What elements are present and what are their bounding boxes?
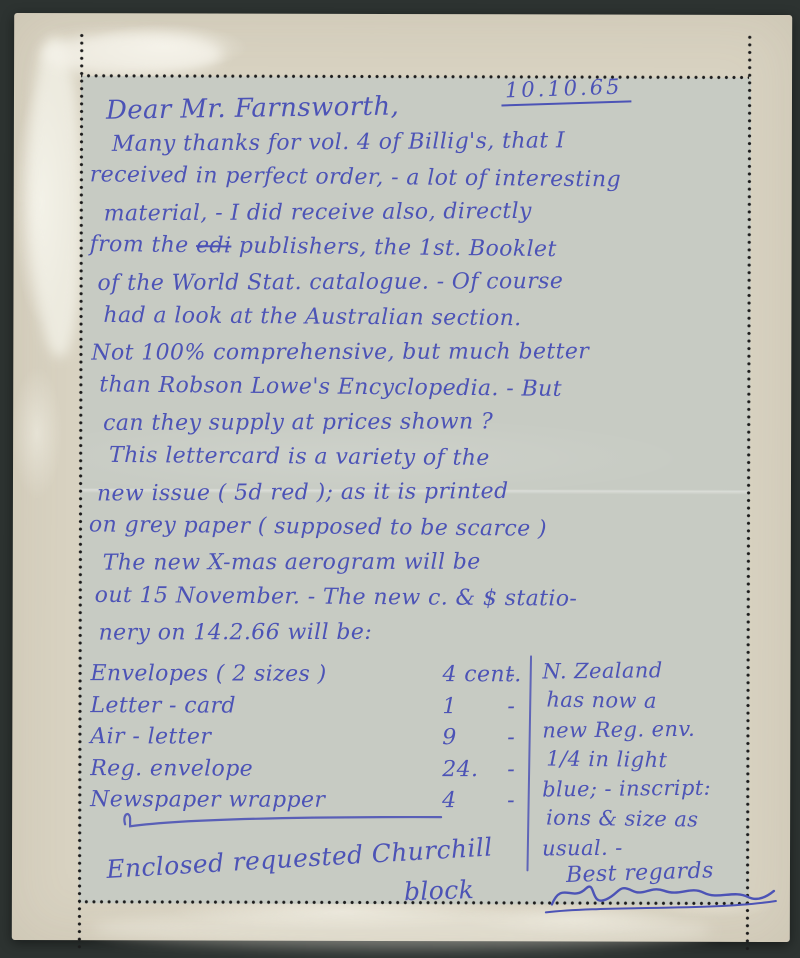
body-line-text: on grey paper ( supposed to be scarce ) <box>89 512 547 541</box>
body-line-text: nery on 14.2.66 will be: <box>99 620 373 646</box>
side-note-line: N. Zealand <box>542 658 711 689</box>
body-line-text: Not 100% comprehensive, but much better <box>91 339 589 365</box>
rate-item: Letter - card <box>90 693 236 718</box>
perforation-right <box>743 33 753 953</box>
signature-squiggle <box>542 874 780 919</box>
rate-amount: 9 <box>442 725 456 750</box>
rate-dash: - <box>507 725 515 750</box>
body-line-text: had a look at the Australian section. <box>103 303 521 331</box>
body-line: material, - I did receive also, directly <box>104 198 621 236</box>
body-line: nery on 14.2.66 will be: <box>99 619 620 655</box>
postal-rates-table: Envelopes ( 2 sizes )4 cent.- Letter - c… <box>90 661 530 820</box>
body-line: This lettercard is a variety of the <box>109 443 620 482</box>
body-line: than Robson Lowe's Encyclopedia. - But <box>99 372 620 412</box>
greeting-line: Dear Mr. Farnsworth, <box>106 91 400 125</box>
side-note-line: new Reg. env. <box>542 717 711 748</box>
body-line-text: of the World Stat. catalogue. - Of cours… <box>97 269 563 296</box>
closing-line: block <box>403 875 474 906</box>
rate-item: Reg. envelope <box>90 756 253 781</box>
rate-dash: - <box>507 694 515 719</box>
body-line-text: out 15 November. - The new c. & $ statio… <box>95 583 578 612</box>
body-line: The new X-mas aerogram will be <box>103 549 620 585</box>
side-note-line: has now a <box>546 687 711 719</box>
body-line: can they supply at prices shown ? <box>103 409 620 446</box>
body-line-text: from the <box>90 232 197 258</box>
body-line-text: than Robson Lowe's Encyclopedia. - But <box>99 372 562 401</box>
body-line: out 15 November. - The new c. & $ statio… <box>95 583 620 622</box>
struck-word: edi <box>196 233 232 258</box>
side-note-line: 1/4 in light <box>546 746 711 778</box>
body-line-text: received in perfect order, - a lot of in… <box>90 162 621 192</box>
body-line-text: Many thanks for vol. 4 of Billig's, that… <box>112 128 565 157</box>
body-line-text: new issue ( 5d red ); as it is printed <box>97 479 509 507</box>
rate-row: Envelopes ( 2 sizes )4 cent.- <box>90 661 530 694</box>
ink-flourish-line <box>117 805 447 832</box>
body-line: new issue ( 5d red ); as it is printed <box>97 478 620 516</box>
body-line: Many thanks for vol. 4 of Billig's, that… <box>112 128 621 167</box>
body-line-with-strikethrough: from the edi publishers, the 1st. Bookle… <box>89 232 621 273</box>
body-line-text: This lettercard is a variety of the <box>109 443 490 471</box>
side-note: N. Zealand has now a new Reg. env. 1/4 i… <box>542 658 711 865</box>
torn-flap-patch-left <box>29 37 82 357</box>
rate-item: Envelopes ( 2 sizes ) <box>90 661 326 687</box>
body-line-text: publishers, the 1st. Booklet <box>231 233 557 262</box>
rate-row: Reg. envelope24.- <box>90 756 530 789</box>
letter-date: 10.10.65 <box>501 74 631 106</box>
rate-amount: 24. <box>442 757 478 782</box>
side-note-line: ions & size as <box>546 805 711 837</box>
body-line-text: can they supply at prices shown ? <box>103 409 493 436</box>
body-line: Not 100% comprehensive, but much better <box>91 339 620 375</box>
body-line: of the World Stat. catalogue. - Of cours… <box>97 269 620 306</box>
rate-dash: - <box>507 788 515 813</box>
letter-photo: 10.10.65 Dear Mr. Farnsworth, Many thank… <box>0 0 800 958</box>
rate-dash: - <box>507 662 515 687</box>
rate-row: Air - letter9- <box>90 724 530 757</box>
rate-row: Letter - card1- <box>90 693 530 726</box>
rate-amount: 1 <box>442 694 456 719</box>
body-line-text: material, - I did receive also, directly <box>104 199 532 227</box>
body-line: on grey paper ( supposed to be scarce ) <box>89 512 620 552</box>
body-line: had a look at the Australian section. <box>103 303 620 342</box>
body-line-text: The new X-mas aerogram will be <box>103 550 481 576</box>
letter-body: Many thanks for vol. 4 of Billig's, that… <box>89 129 622 655</box>
body-line: received in perfect order, - a lot of in… <box>90 162 621 202</box>
letter-card-paper: 10.10.65 Dear Mr. Farnsworth, Many thank… <box>12 13 792 942</box>
side-note-line: blue; - inscript: <box>542 776 711 807</box>
rate-dash: - <box>507 757 515 782</box>
torn-flap-patch-top <box>42 33 222 75</box>
rate-item: Air - letter <box>90 724 211 749</box>
